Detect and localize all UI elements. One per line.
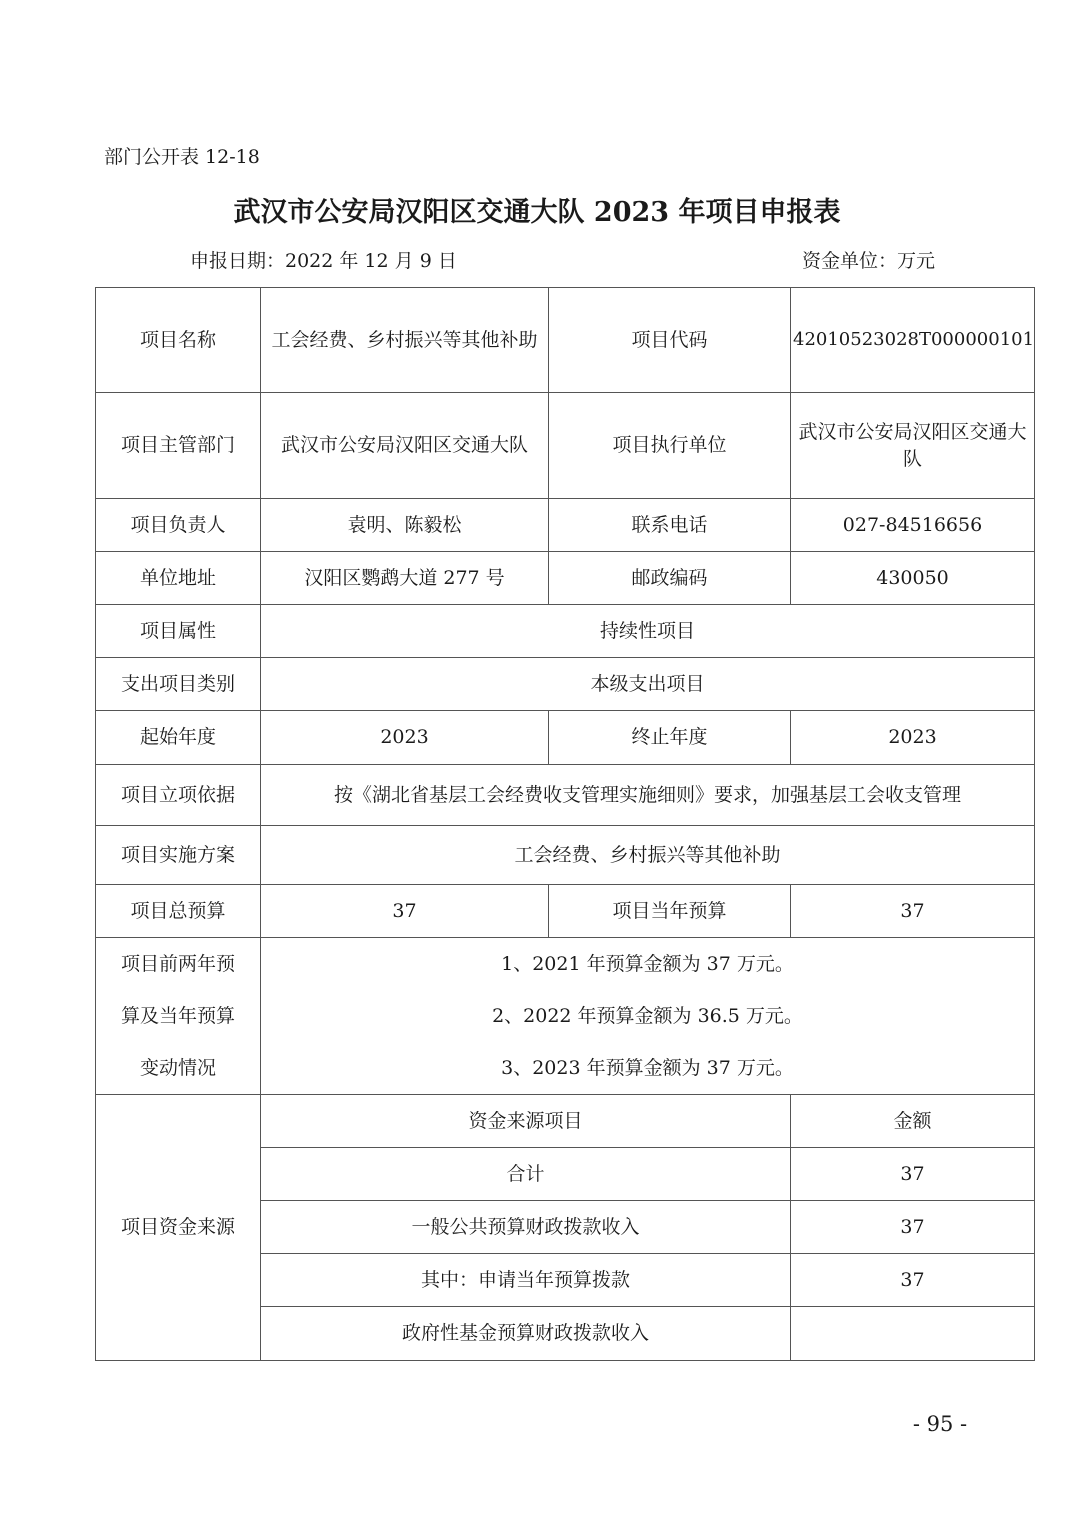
document-code: 部门公开表 12-18 [104, 142, 260, 169]
value-total-budget: 37 [261, 885, 549, 938]
label-implementation-plan: 项目实施方案 [96, 826, 261, 885]
label-postcode: 邮政编码 [549, 552, 791, 605]
table-row: 起始年度 2023 终止年度 2023 [96, 711, 1035, 765]
value-phone: 027-84516656 [791, 499, 1035, 552]
funding-amount: 37 [791, 1254, 1035, 1307]
label-total-budget: 项目总预算 [96, 885, 261, 938]
funding-item: 政府性基金预算财政拨款收入 [261, 1307, 791, 1361]
funding-amount: 37 [791, 1148, 1035, 1201]
label-funding-source: 项目资金来源 [96, 1095, 261, 1361]
label-project-name: 项目名称 [96, 288, 261, 393]
table-row: 项目主管部门 武汉市公安局汉阳区交通大队 项目执行单位 武汉市公安局汉阳区交通大… [96, 393, 1035, 499]
table-row: 项目名称 工会经费、乡村振兴等其他补助 项目代码 42010523028T000… [96, 288, 1035, 393]
value-project-basis: 按《湖北省基层工会经费收支管理实施细则》要求，加强基层工会收支管理 [261, 765, 1035, 826]
value-expenditure-category: 本级支出项目 [261, 658, 1035, 711]
label-supervising-dept: 项目主管部门 [96, 393, 261, 499]
table-row: 支出项目类别 本级支出项目 [96, 658, 1035, 711]
list-item: 2、2022 年预算金额为 36.5 万元。 [267, 990, 1028, 1042]
value-supervising-dept: 武汉市公安局汉阳区交通大队 [261, 393, 549, 499]
funding-item: 合计 [261, 1148, 791, 1201]
table-row: 项目属性 持续性项目 [96, 605, 1035, 658]
list-item: 1、2021 年预算金额为 37 万元。 [267, 938, 1028, 990]
value-project-name: 工会经费、乡村振兴等其他补助 [261, 288, 549, 393]
label-project-basis: 项目立项依据 [96, 765, 261, 826]
value-project-leader: 袁明、陈毅松 [261, 499, 549, 552]
table-row: 单位地址 汉阳区鹦鹉大道 277 号 邮政编码 430050 [96, 552, 1035, 605]
label-project-code: 项目代码 [549, 288, 791, 393]
table-row: 项目总预算 37 项目当年预算 37 [96, 885, 1035, 938]
table-row: 项目负责人 袁明、陈毅松 联系电话 027-84516656 [96, 499, 1035, 552]
value-budget-changes: 1、2021 年预算金额为 37 万元。 2、2022 年预算金额为 36.5 … [261, 938, 1035, 1095]
funding-amount: 37 [791, 1201, 1035, 1254]
list-item: 3、2023 年预算金额为 37 万元。 [267, 1042, 1028, 1094]
label-phone: 联系电话 [549, 499, 791, 552]
label-executing-unit: 项目执行单位 [549, 393, 791, 499]
label-address: 单位地址 [96, 552, 261, 605]
label-current-year-budget: 项目当年预算 [549, 885, 791, 938]
funding-item: 一般公共预算财政拨款收入 [261, 1201, 791, 1254]
value-current-year-budget: 37 [791, 885, 1035, 938]
header-funding-item: 资金来源项目 [261, 1095, 791, 1148]
label-project-leader: 项目负责人 [96, 499, 261, 552]
label-expenditure-category: 支出项目类别 [96, 658, 261, 711]
value-address: 汉阳区鹦鹉大道 277 号 [261, 552, 549, 605]
page-number: - 95 - [890, 1412, 990, 1436]
value-end-year: 2023 [791, 711, 1035, 765]
currency-unit: 资金单位：万元 [802, 246, 935, 273]
header-funding-amount: 金额 [791, 1095, 1035, 1148]
table-row: 项目实施方案 工会经费、乡村振兴等其他补助 [96, 826, 1035, 885]
label-end-year: 终止年度 [549, 711, 791, 765]
report-date: 申报日期：2022 年 12 月 9 日 [190, 246, 457, 273]
value-project-code: 42010523028T000000101 [791, 288, 1035, 393]
table-row: 项目前两年预 算及当年预算 变动情况 1、2021 年预算金额为 37 万元。 … [96, 938, 1035, 1095]
table-row: 项目立项依据 按《湖北省基层工会经费收支管理实施细则》要求，加强基层工会收支管理 [96, 765, 1035, 826]
value-implementation-plan: 工会经费、乡村振兴等其他补助 [261, 826, 1035, 885]
value-executing-unit: 武汉市公安局汉阳区交通大队 [791, 393, 1035, 499]
value-project-attribute: 持续性项目 [261, 605, 1035, 658]
table-row: 项目资金来源 资金来源项目 金额 [96, 1095, 1035, 1148]
label-start-year: 起始年度 [96, 711, 261, 765]
value-start-year: 2023 [261, 711, 549, 765]
project-application-form: 项目名称 工会经费、乡村振兴等其他补助 项目代码 42010523028T000… [95, 287, 1035, 1361]
label-budget-changes: 项目前两年预 算及当年预算 变动情况 [96, 938, 261, 1095]
page-title: 武汉市公安局汉阳区交通大队 2023 年项目申报表 [0, 190, 1074, 229]
label-project-attribute: 项目属性 [96, 605, 261, 658]
value-postcode: 430050 [791, 552, 1035, 605]
funding-item: 其中：申请当年预算拨款 [261, 1254, 791, 1307]
funding-amount [791, 1307, 1035, 1361]
